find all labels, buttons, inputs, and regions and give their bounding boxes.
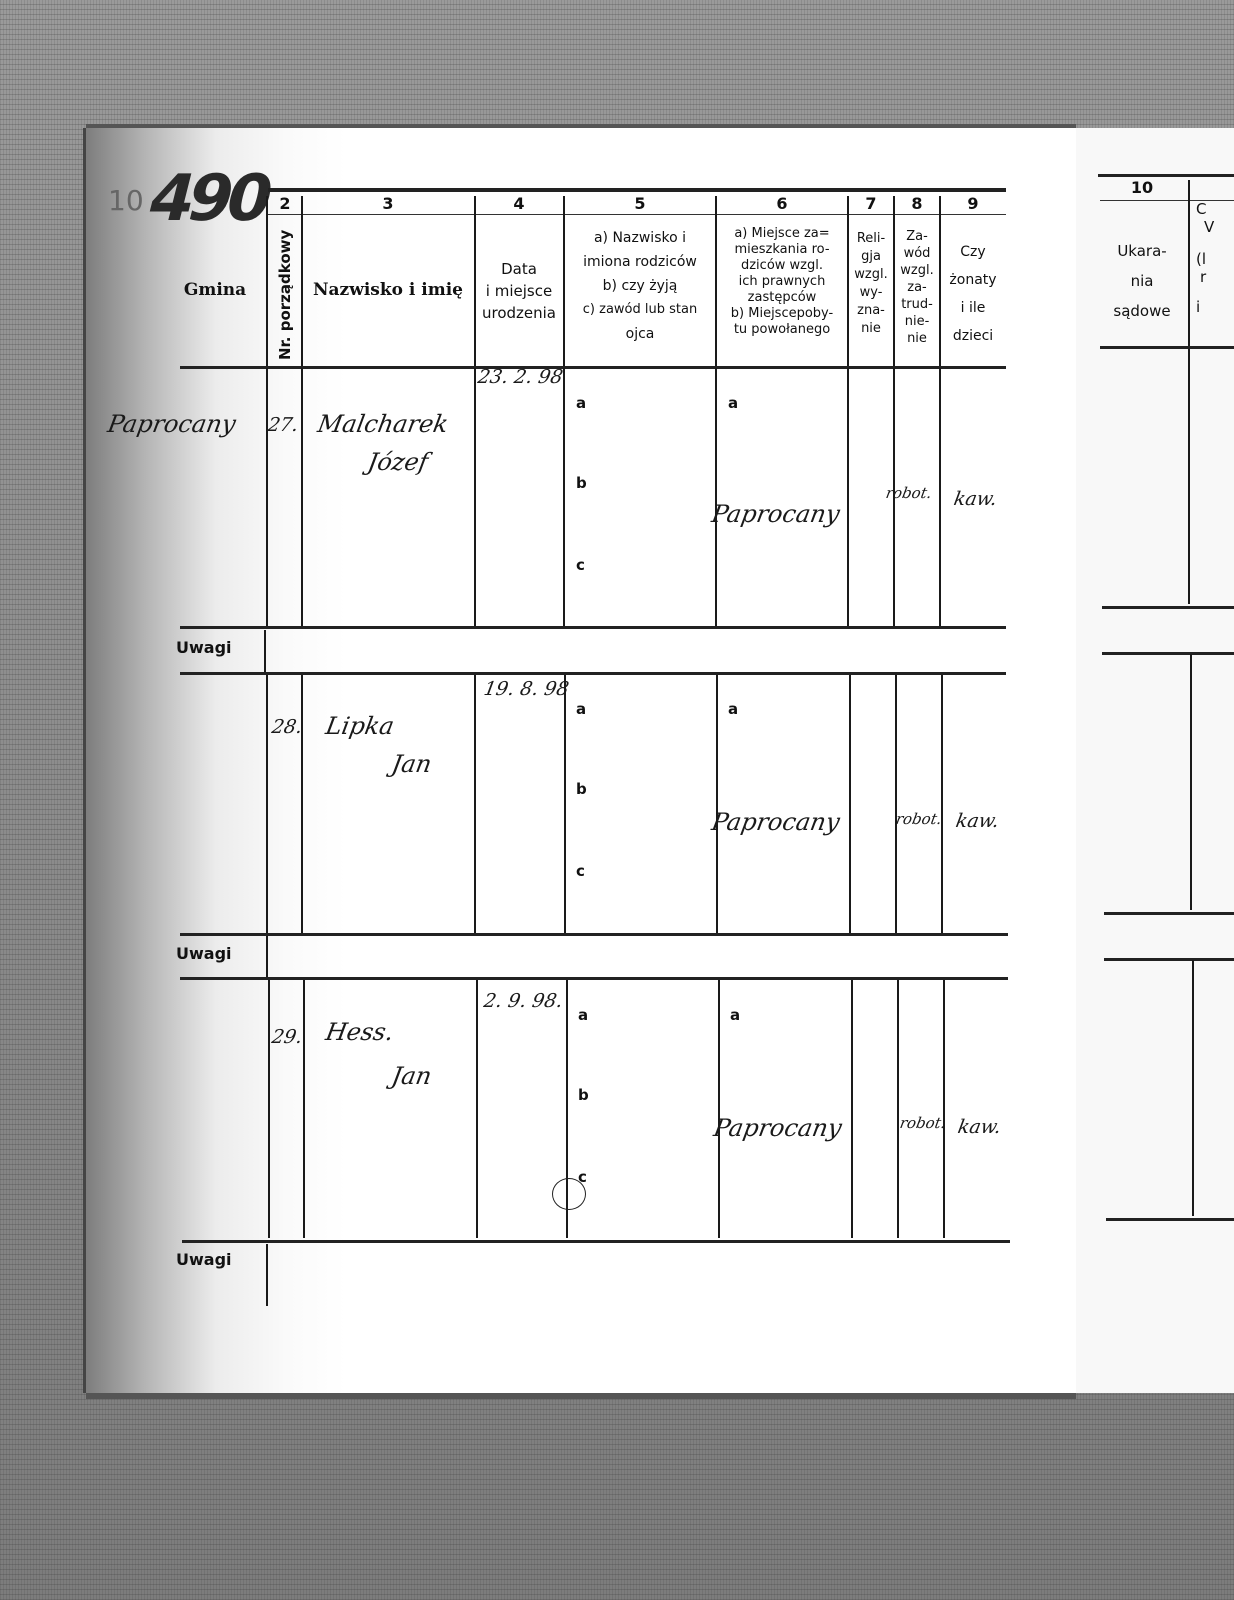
col-header-nr: Nr. porządkowy: [276, 230, 294, 360]
col-divider: [1190, 654, 1192, 910]
col-divider: [474, 368, 476, 626]
col-header-11-partial: C V (l r i: [1196, 200, 1234, 316]
entry-surname: Lipka: [324, 712, 397, 740]
entry-marital: kaw.: [952, 488, 999, 510]
header-line: nie-: [894, 313, 940, 330]
col-divider: [264, 630, 266, 672]
header-top-rule: [1098, 174, 1234, 177]
header-line: c) zawód lub stan: [564, 298, 716, 322]
row-rule: [1104, 958, 1234, 961]
header-line: wód: [894, 245, 940, 262]
entry-birth-date: 23. 2. 98: [476, 366, 564, 388]
col-divider: [939, 196, 941, 366]
col-divider: [476, 980, 478, 1238]
col-num-5: 5: [564, 194, 716, 213]
col-divider: [268, 980, 270, 1238]
col-divider: [718, 980, 720, 1238]
col-divider: [943, 980, 945, 1238]
entry-number: 28.: [270, 716, 304, 738]
row-rule: [180, 626, 1006, 629]
circle-mark-icon: [552, 1178, 586, 1210]
sub-label-a: a: [576, 700, 586, 718]
col-header-gmina: Gmina: [170, 282, 260, 299]
col-divider: [474, 675, 476, 933]
col-divider: [301, 368, 303, 626]
header-top-rule: [268, 188, 1006, 192]
entry-given-name: Jan: [390, 1062, 434, 1090]
col-num-6: 6: [716, 194, 848, 213]
header-line: i miejsce: [474, 280, 564, 302]
stamped-page-number: 490: [141, 162, 275, 236]
entry-marital: kaw.: [954, 810, 1001, 832]
entry-residence: Paprocany: [710, 808, 842, 836]
header-line: dziców wzgl.: [716, 258, 848, 274]
col-header-parents: a) Nazwisko i imiona rodziców b) czy żyj…: [564, 226, 716, 346]
col-divider: [563, 368, 565, 626]
col-header-residence: a) Miejsce za= mieszkania ro- dziców wzg…: [716, 226, 848, 338]
sub-label-b: b: [576, 474, 587, 492]
row-rule: [1104, 912, 1234, 915]
col-divider: [266, 1244, 268, 1306]
header-line: Za-: [894, 228, 940, 245]
header-line: dzieci: [940, 322, 1006, 350]
entry-gmina: Paprocany: [106, 410, 238, 438]
col-divider: [893, 196, 895, 366]
col-divider: [266, 368, 268, 626]
row-rule: [1102, 606, 1234, 609]
header-line: za-: [894, 279, 940, 296]
header-line: wzgl.: [848, 266, 894, 284]
col-divider: [1192, 960, 1194, 1216]
header-line: nia: [1100, 266, 1184, 296]
col-divider: [266, 675, 268, 933]
col-divider: [847, 196, 849, 366]
sub-label-b: b: [576, 780, 587, 798]
sub-label-a: a: [728, 394, 738, 412]
header-line: ich prawnych: [716, 274, 848, 290]
col-divider: [564, 675, 566, 933]
header-line: tu powołanego: [716, 322, 848, 338]
header-line: b) Miejscepoby-: [716, 306, 848, 322]
header-bottom-rule: [1100, 346, 1234, 349]
remarks-label: Uwagi: [176, 1250, 232, 1269]
sub-label-c: c: [576, 556, 585, 574]
entry-given-name: Józef: [366, 448, 431, 476]
entry-marital: kaw.: [956, 1116, 1003, 1138]
col-divider: [1188, 180, 1190, 604]
header-line: C: [1196, 200, 1234, 218]
header-line: i ile: [940, 294, 1006, 322]
remarks-field: [270, 936, 1006, 976]
header-line: V: [1196, 218, 1234, 236]
header-line: Czy: [940, 238, 1006, 266]
entry-occupation: robot.: [884, 484, 933, 502]
col-divider: [303, 980, 305, 1238]
header-line: Data: [474, 258, 564, 280]
col-divider: [897, 980, 899, 1238]
sub-label-a: a: [730, 1006, 740, 1024]
col-divider: [563, 196, 565, 366]
sub-label-b: b: [578, 1086, 589, 1104]
header-line: zastępców: [716, 290, 848, 306]
col-divider: [849, 675, 851, 933]
header-line: trud-: [894, 296, 940, 313]
sub-label-a: a: [576, 394, 586, 412]
col-header-marital: Czy żonaty i ile dzieci: [940, 238, 1006, 350]
col-divider: [716, 675, 718, 933]
header-line: Ukara-: [1100, 236, 1184, 266]
col-header-occupation: Za- wód wzgl. za- trud- nie- nie: [894, 228, 940, 347]
remarks-label: Uwagi: [176, 638, 232, 657]
header-num-rule: [268, 214, 1006, 215]
col-num-7: 7: [848, 194, 894, 213]
row-rule: [1102, 652, 1234, 655]
entry-residence: Paprocany: [710, 500, 842, 528]
col-header-name: Nazwisko i imię: [302, 282, 474, 299]
col-divider: [851, 980, 853, 1238]
header-line: Reli-: [848, 230, 894, 248]
col-num-4: 4: [474, 194, 564, 213]
col-header-court-penalties: Ukara- nia sądowe: [1100, 236, 1184, 326]
col-header-birth: Data i miejsce urodzenia: [474, 258, 564, 324]
col-num-8: 8: [894, 194, 940, 213]
header-line: wy-: [848, 284, 894, 302]
header-line: a) Nazwisko i: [564, 226, 716, 250]
remarks-field: [270, 1244, 1006, 1304]
col-divider: [715, 196, 717, 366]
entry-number: 29.: [270, 1026, 304, 1048]
col-divider: [895, 675, 897, 933]
entry-surname: Malcharek: [316, 410, 451, 438]
col-num-3: 3: [302, 194, 474, 213]
entry-residence: Paprocany: [712, 1114, 844, 1142]
col-divider: [301, 196, 303, 366]
entry-birth-date: 2. 9. 98.: [482, 990, 564, 1012]
col-divider: [301, 675, 303, 933]
header-line: b) czy żyją: [564, 274, 716, 298]
header-bottom-rule: [180, 366, 1006, 369]
header-line: mieszkania ro-: [716, 242, 848, 258]
col-num-2: 2: [268, 194, 302, 213]
header-line: sądowe: [1100, 296, 1184, 326]
row-rule: [182, 1240, 1010, 1243]
remarks-label: Uwagi: [176, 944, 232, 963]
col-divider: [939, 368, 941, 626]
header-line: żonaty: [940, 266, 1006, 294]
entry-occupation: robot.: [898, 1114, 947, 1132]
header-line: nie: [894, 330, 940, 347]
entry-birth-date: 19. 8. 98: [482, 678, 570, 700]
col-divider: [715, 368, 717, 626]
header-line: ojca: [564, 322, 716, 346]
header-line: urodzenia: [474, 302, 564, 324]
header-line: a) Miejsce za=: [716, 226, 848, 242]
header-line: wzgl.: [894, 262, 940, 279]
entry-given-name: Jan: [390, 750, 434, 778]
header-line: gja: [848, 248, 894, 266]
col-divider: [941, 675, 943, 933]
col-divider: [266, 936, 268, 978]
entry-occupation: robot.: [894, 810, 943, 828]
sub-label-a: a: [578, 1006, 588, 1024]
header-line: nie: [848, 320, 894, 338]
header-line: zna-: [848, 302, 894, 320]
col-divider: [847, 368, 849, 626]
sub-label-c: c: [576, 862, 585, 880]
col-num-9: 9: [940, 194, 1006, 213]
header-line: (l: [1196, 250, 1234, 268]
remarks-field: [268, 630, 1004, 670]
header-line: imiona rodziców: [564, 250, 716, 274]
sub-label-a: a: [728, 700, 738, 718]
row-rule: [180, 672, 1006, 675]
col-divider: [474, 196, 476, 366]
row-rule: [1106, 1218, 1234, 1221]
entry-surname: Hess.: [324, 1018, 396, 1046]
col-header-religion: Reli- gja wzgl. wy- zna- nie: [848, 230, 894, 338]
header-line: i: [1196, 298, 1234, 316]
col-num-10: 10: [1100, 178, 1184, 197]
header-line: r: [1196, 268, 1234, 286]
col-divider: [266, 196, 268, 366]
entry-number: 27.: [266, 414, 300, 436]
printed-page-number: 10: [108, 184, 144, 217]
